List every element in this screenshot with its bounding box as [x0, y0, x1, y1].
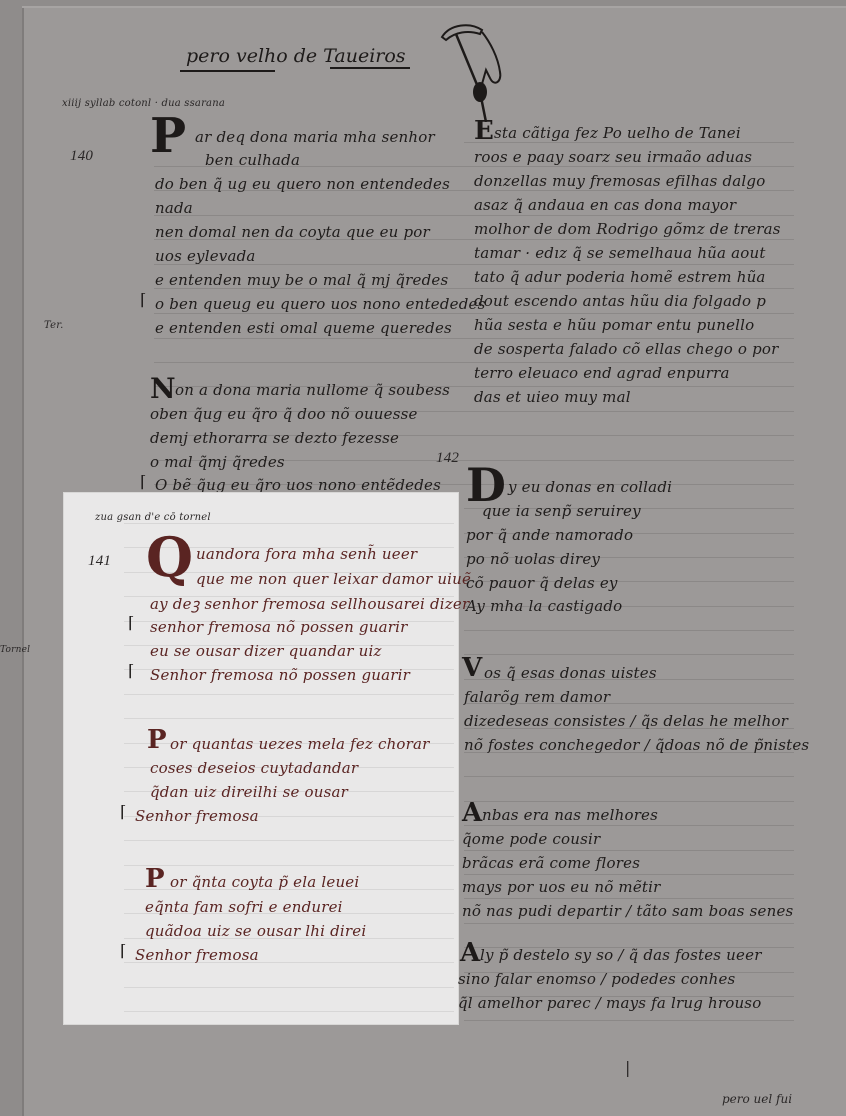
- ruling-line: [464, 630, 794, 631]
- title-underline: [180, 70, 275, 72]
- page-title: pero velho de Taueiros: [186, 45, 406, 67]
- rubric-line: hũa sesta e hũu pomar entu punello: [474, 316, 754, 334]
- initial-letter: E: [474, 118, 494, 144]
- verse-line: ly p̃ destelo sy so / q̃ das fostes ueer: [480, 946, 762, 964]
- initial-letter: P: [150, 112, 186, 160]
- rubric-note: zua gsan d'e cō tornel: [95, 512, 211, 523]
- refrain-mark: ⌈: [140, 472, 146, 491]
- ruling-line: [154, 215, 476, 216]
- ruling-line: [464, 288, 794, 289]
- ruling-line: [464, 801, 794, 802]
- verse-line: que ia senp̃ seruirey: [482, 502, 641, 520]
- verse-line: por q̃ ande namorado: [466, 526, 633, 544]
- verse-line: e entenden esti omal queme queredes: [155, 319, 452, 337]
- verse-line: uandora fora mha senh̃ ueer: [196, 545, 417, 563]
- rubric-line: de sosperta falado cõ ellas chego o por: [474, 340, 779, 358]
- verse-line: Senhor fremosa: [135, 807, 259, 825]
- initial-letter: A: [462, 800, 482, 826]
- verse-line: do ben q̃ ug eu quero non entendedes: [155, 175, 450, 193]
- ruling-line: [464, 313, 794, 314]
- ruling-line: [464, 190, 794, 191]
- verse-line: Senhor fremosa nõ possen guarir: [150, 666, 410, 684]
- pointing-hand-icon: [420, 12, 510, 122]
- verse-line: mays por uos eu nõ mẽtir: [462, 878, 661, 896]
- rubric-note: xiiij syllab cotonl · dua ssarana: [62, 98, 225, 109]
- verse-line: eq̃nta fam sofri e endurei: [145, 898, 343, 916]
- margin-note: Tornel: [0, 645, 30, 655]
- verse-line: or q̃nta coyta p̃ ela leuei: [170, 873, 359, 891]
- verse-line: nada: [155, 199, 193, 217]
- ruling-line: [464, 460, 794, 461]
- ruling-line: [464, 166, 794, 167]
- verse-line: e entenden muy be o mal q̃ mj q̃redes: [155, 271, 448, 289]
- ruling-line: [464, 435, 794, 436]
- ruling-line: [464, 654, 794, 655]
- verse-line: falarõg rem damor: [464, 688, 610, 706]
- refrain-mark: ⌈: [128, 613, 134, 632]
- poem-number: 142: [436, 450, 459, 467]
- verse-line: nõ fostes conchegedor / q̃doas nõ de p̃n…: [464, 736, 809, 754]
- ruling-line: [464, 239, 794, 240]
- margin-note: Ter.: [44, 320, 63, 331]
- rubric-line: donzellas muy fremosas efilhas dalgo: [474, 172, 765, 190]
- poem-number: 141: [88, 553, 111, 570]
- rubric-line: tamar · edız q̃ se semelhaua hũa aout: [474, 244, 766, 262]
- ruling-line: [464, 850, 794, 851]
- ruling-line: [154, 313, 476, 314]
- verse-line: que me non quer leixar damor uiuẽ: [196, 570, 471, 588]
- verse-line: ay deꝫ senhor fremosa sellhousarei dizer: [150, 594, 469, 614]
- verse-line: quãdoa uiz se ousar lhi direi: [145, 922, 366, 940]
- verse-line: coses deseios cuytadandar: [150, 759, 358, 777]
- ruling-line: [464, 825, 794, 826]
- rubric-line: roos e paay soarz seu irmaão aduas: [474, 148, 752, 166]
- ruling-line: [464, 1020, 794, 1021]
- ruling-line: [464, 362, 794, 363]
- poem-number: 140: [70, 148, 93, 165]
- verse-line: Senhor fremosa: [135, 946, 259, 964]
- refrain-mark: ⌈: [120, 941, 126, 960]
- initial-letter: Q: [146, 530, 193, 584]
- rubric-line: das et uieo muy mal: [474, 388, 631, 406]
- verse-line: oben q̃ug eu q̃ro q̃ doo nõ ouuesse: [150, 405, 418, 423]
- verse-line: Ay mha la castigado: [466, 597, 622, 615]
- ruling-line: [464, 923, 794, 924]
- footer-mark: |: [625, 1058, 630, 1077]
- initial-letter: P: [147, 727, 167, 753]
- verse-line: on a dona maria nullome q̃ soubess: [175, 381, 450, 399]
- ruling-line: [464, 874, 794, 875]
- initial-letter: V: [462, 655, 482, 681]
- verse-line: senhor fremosa nõ possen guarir: [150, 618, 407, 636]
- verse-line: cõ pauor q̃ delas ey: [466, 574, 618, 592]
- verse-line: o mal q̃mj q̃redes: [150, 453, 285, 471]
- rubric-line: tato q̃ adur poderia homẽ estrem hũa: [474, 268, 766, 286]
- ruling-line: [464, 411, 794, 412]
- initial-letter: A: [460, 940, 480, 966]
- initial-letter: N: [150, 375, 176, 403]
- ruling-line: [464, 338, 794, 339]
- verse-line: o ben queug eu quero uos nono entededes: [155, 295, 486, 313]
- verse-line: nõ nas pudi departir / tãto sam boas sen…: [462, 902, 793, 920]
- catchword: pero uel fui: [722, 1092, 792, 1106]
- verse-line: sino falar enomso / podedes conhes: [458, 970, 735, 988]
- ruling-line: [464, 264, 794, 265]
- rubric-line: terro eleuaco end agrad enpurra: [474, 364, 730, 382]
- verse-line: ar deq dona maria mha senhor: [195, 128, 435, 146]
- rubric-line: dout escendo antas hũu dia folgado p: [474, 292, 766, 310]
- ruling-line: [154, 338, 476, 339]
- verse-line: dizedeseas consistes / q̃s delas he melh…: [464, 712, 788, 730]
- ruling-line: [464, 386, 794, 387]
- verse-line: O bẽ q̃ug eu q̃ro uos nono entẽdedes: [155, 476, 441, 494]
- ruling-line: [464, 215, 794, 216]
- verse-line: demj ethorarra se dezto fezesse: [150, 429, 399, 447]
- ruling-line: [464, 898, 794, 899]
- rubric-line: asaz q̃ andaua en cas dona mayor: [474, 196, 736, 214]
- ruling-line: [154, 362, 476, 363]
- verse-line: os q̃ esas donas uistes: [484, 664, 657, 682]
- refrain-mark: ⌈: [120, 802, 126, 821]
- verse-line: ben culhada: [205, 151, 300, 169]
- ruling-line: [464, 142, 794, 143]
- initial-letter: P: [145, 866, 165, 892]
- verse-line: brãcas erã come flores: [462, 854, 640, 872]
- verse-line: nbas era nas melhores: [482, 806, 658, 824]
- verse-line: q̃dan uiz direilhi se ousar: [150, 783, 348, 801]
- title-underline: [330, 67, 410, 69]
- ruling-line: [154, 166, 476, 167]
- verse-line: q̃ome pode cousir: [462, 830, 600, 848]
- rubric-line: sta cãtiga fez Po uelho de Tanei: [494, 124, 741, 142]
- refrain-mark: ⌈: [140, 290, 146, 309]
- verse-line: po nõ uolas direy: [466, 550, 600, 568]
- ruling-line: [464, 776, 794, 777]
- verse-line: y eu donas en colladi: [508, 478, 672, 496]
- verse-line: uos eylevada: [155, 247, 256, 265]
- verse-line: eu se ousar dizer quandar uiz: [150, 642, 382, 660]
- rubric-line: molhor de dom Rodrigo gõmz de treras: [474, 220, 781, 238]
- verse-line: or quantas uezes mela fez chorar: [170, 735, 430, 753]
- verse-line: q̃l amelhor parec / mays fa lrug hrouso: [458, 994, 761, 1012]
- verse-line: nen domal nen da coyta que eu por: [155, 223, 430, 241]
- refrain-mark: ⌈: [128, 661, 134, 680]
